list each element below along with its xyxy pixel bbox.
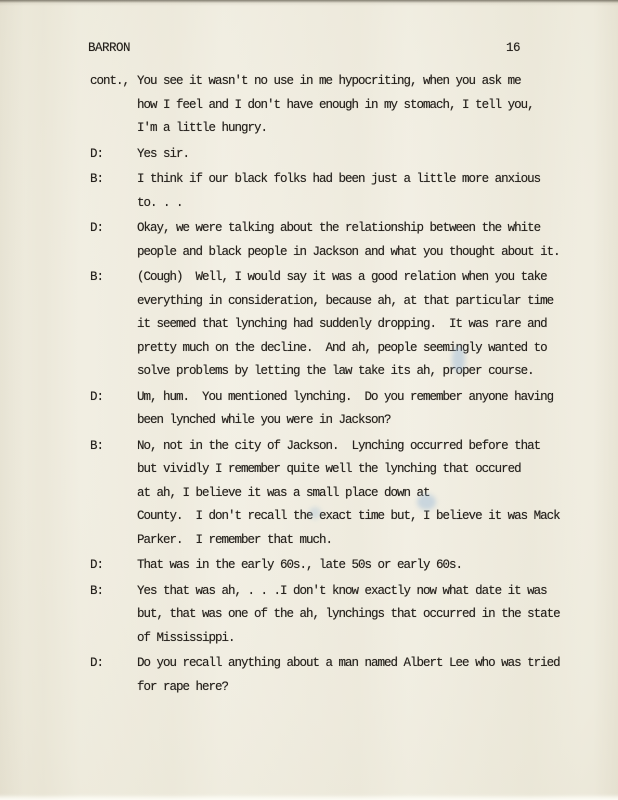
- transcript-turn: D: That was in the early 60s., late 50s …: [90, 554, 570, 578]
- speech-text: That was in the early 60s., late 50s or …: [137, 554, 570, 578]
- speaker-label: D:: [90, 143, 137, 167]
- speaker-label: D:: [90, 652, 137, 676]
- transcript: cont., You see it wasn't no use in me hy…: [90, 70, 570, 701]
- speech-text: Yes sir.: [137, 143, 570, 167]
- transcript-turn: B: (Cough) Well, I would say it was a go…: [90, 266, 570, 384]
- speech-text: No, not in the city of Jackson. Lynching…: [137, 435, 570, 553]
- transcript-turn: B: Yes that was ah, . . .I don't know ex…: [90, 580, 570, 651]
- speaker-label: B:: [90, 168, 137, 192]
- speaker-label: B:: [90, 580, 137, 604]
- page-number: 16: [506, 41, 520, 55]
- speaker-label: D:: [90, 217, 137, 241]
- speaker-label: D:: [90, 554, 137, 578]
- transcript-turn: B: No, not in the city of Jackson. Lynch…: [90, 435, 570, 553]
- interviewee-name: BARRON: [88, 41, 130, 55]
- speaker-label: B:: [90, 266, 137, 290]
- page-header: BARRON 16: [0, 41, 618, 59]
- speech-text: Okay, we were talking about the relation…: [137, 217, 570, 264]
- scan-edge-bottom: [0, 795, 618, 800]
- speech-text: You see it wasn't no use in me hypocriti…: [137, 70, 570, 141]
- transcript-turn: D: Yes sir.: [90, 143, 570, 167]
- transcript-turn: D: Do you recall anything about a man na…: [90, 652, 570, 699]
- speech-text: Yes that was ah, . . .I don't know exact…: [137, 580, 570, 651]
- speech-text: Um, hum. You mentioned lynching. Do you …: [137, 386, 570, 433]
- transcript-turn: B: I think if our black folks had been j…: [90, 168, 570, 215]
- speech-text: I think if our black folks had been just…: [137, 168, 570, 215]
- scanned-transcript-page: BARRON 16 cont., You see it wasn't no us…: [0, 0, 618, 800]
- transcript-turn: cont., You see it wasn't no use in me hy…: [90, 70, 570, 141]
- scan-edge-top: [0, 0, 618, 3]
- speaker-label: D:: [90, 386, 137, 410]
- speech-text: (Cough) Well, I would say it was a good …: [137, 266, 570, 384]
- speech-text: Do you recall anything about a man named…: [137, 652, 570, 699]
- speaker-label: B:: [90, 435, 137, 459]
- transcript-turn: D: Um, hum. You mentioned lynching. Do y…: [90, 386, 570, 433]
- transcript-turn: D: Okay, we were talking about the relat…: [90, 217, 570, 264]
- speaker-label: cont.,: [90, 70, 137, 94]
